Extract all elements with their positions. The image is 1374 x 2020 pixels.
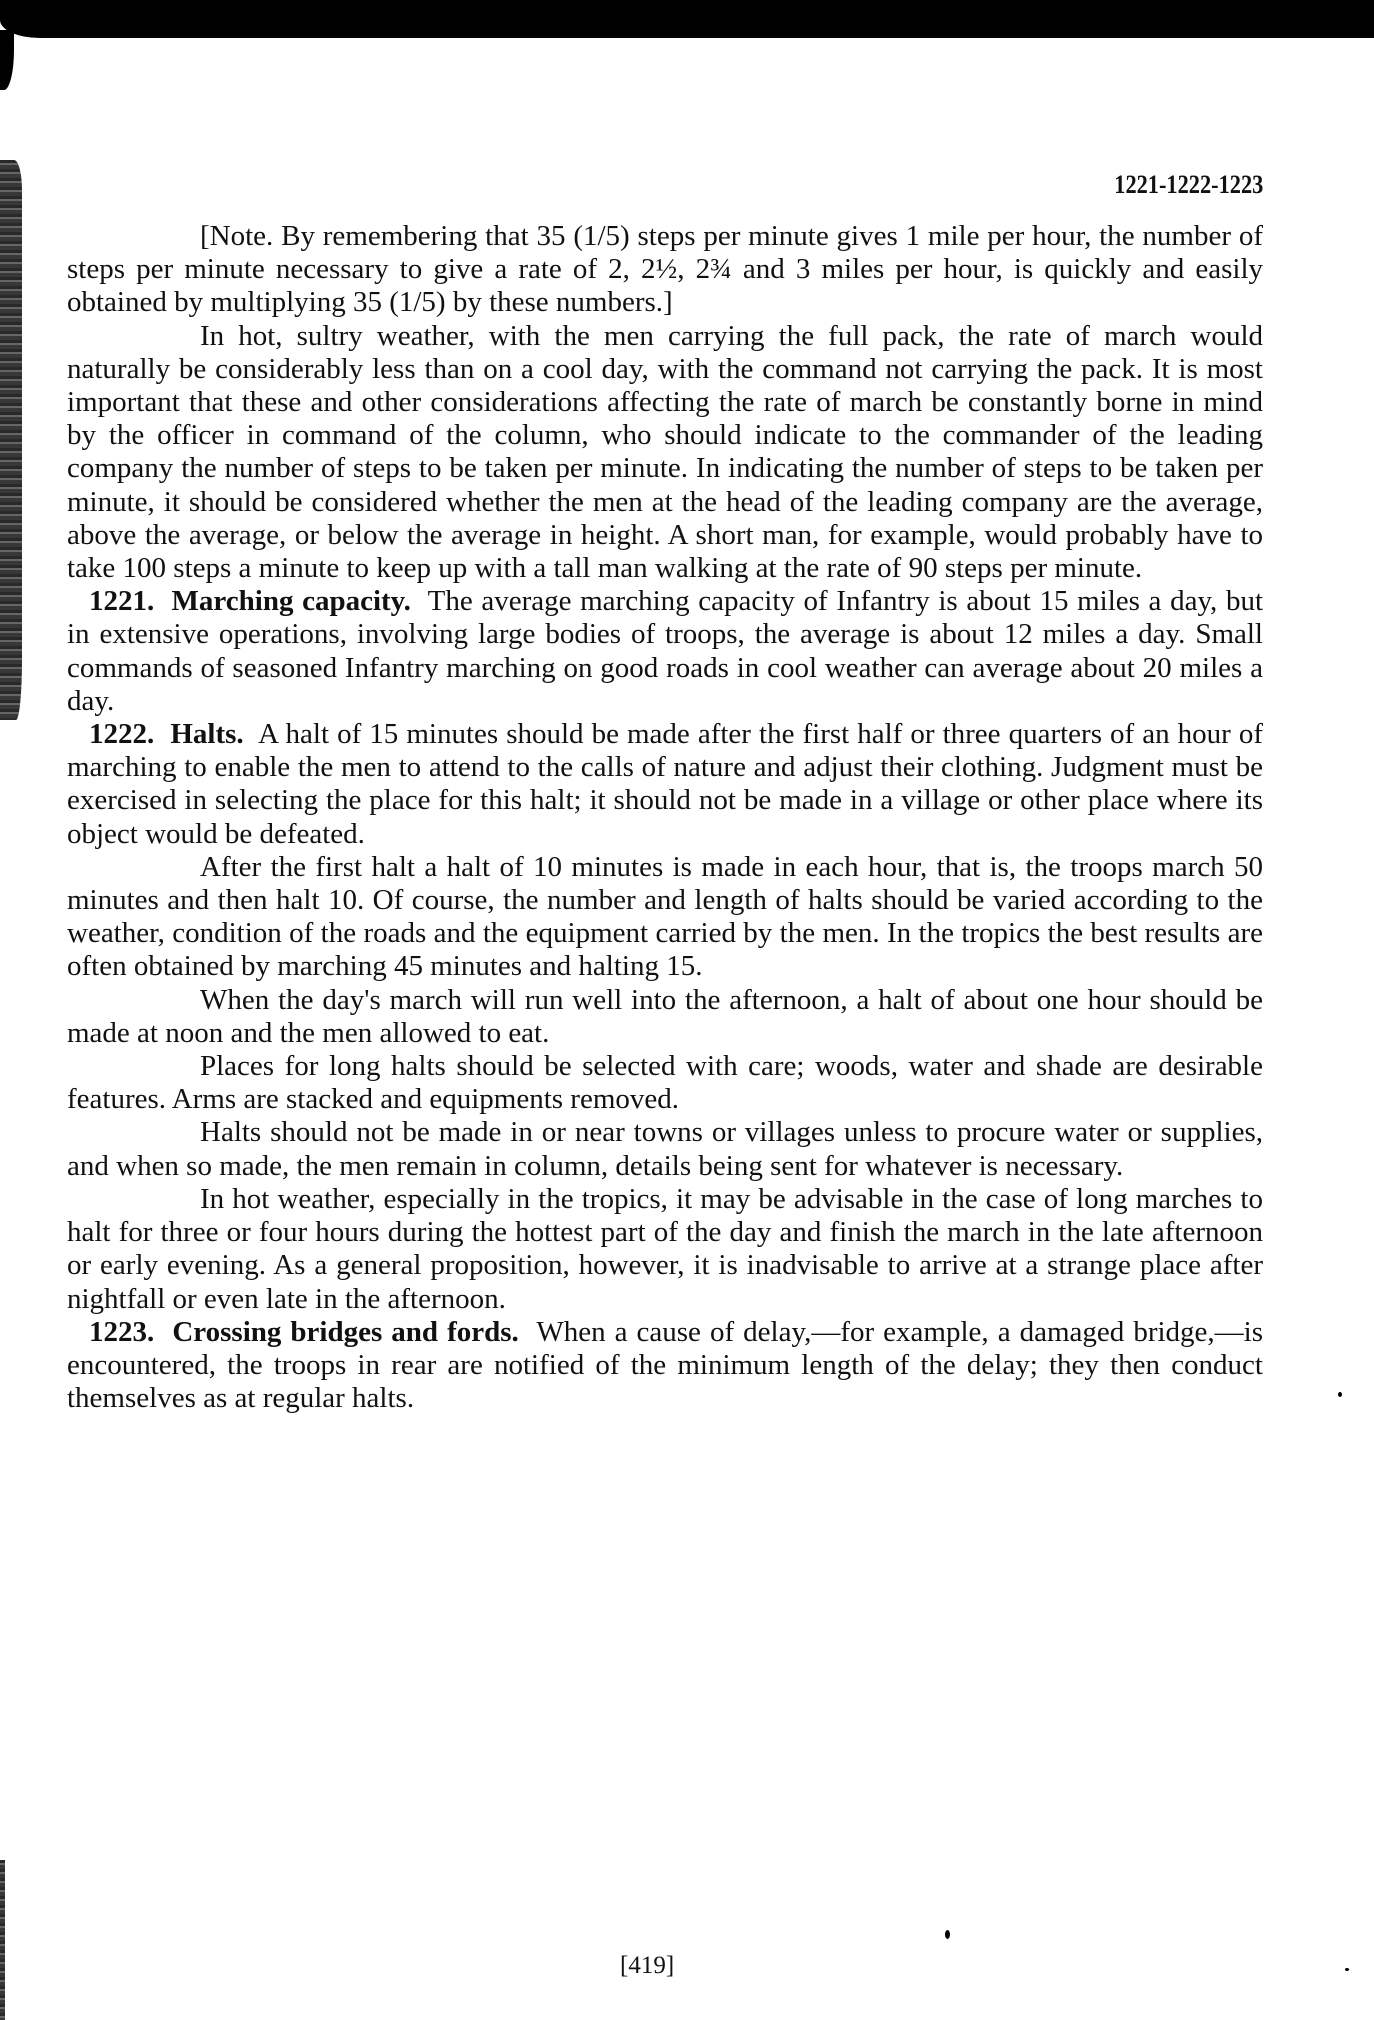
note-paragraph: [Note. By remembering that 35 (1/5) step… <box>67 220 1263 320</box>
scan-top-border <box>0 0 1374 38</box>
section-1223: 1223. Crossing bridges and fords. When a… <box>67 1316 1263 1416</box>
scan-speck <box>1345 1968 1349 1971</box>
section-paragraph: After the first halt a halt of 10 minute… <box>67 851 1263 984</box>
section-paragraph: Places for long halts should be selected… <box>67 1050 1263 1116</box>
running-header-section-range: 1221-1222-1223 <box>1114 170 1263 200</box>
scan-corner-smudge <box>0 30 14 90</box>
section-number: 1222. <box>89 718 154 750</box>
page-body: [Note. By remembering that 35 (1/5) step… <box>67 220 1263 1415</box>
section-paragraph: When the day's march will run well into … <box>67 984 1263 1050</box>
section-text: A halt of 15 minutes should be made afte… <box>67 718 1263 850</box>
scan-speck <box>945 1930 950 1939</box>
section-1222: 1222. Halts. A halt of 15 minutes should… <box>67 718 1263 851</box>
intro-paragraph: In hot, sultry weather, with the men car… <box>67 320 1263 586</box>
scan-speck <box>1338 1392 1342 1397</box>
section-title: Marching capacity. <box>172 585 411 617</box>
section-number: 1223. <box>89 1316 154 1348</box>
section-title: Halts. <box>170 718 243 750</box>
section-number: 1221. <box>89 585 154 617</box>
section-1221: 1221. Marching capacity. The average mar… <box>67 585 1263 718</box>
section-title: Crossing bridges and fords. <box>172 1316 518 1348</box>
page-number: [419] <box>620 1952 674 1980</box>
scan-left-edge-shadow-bottom <box>0 1860 5 2020</box>
section-paragraph: Halts should not be made in or near town… <box>67 1116 1263 1182</box>
scan-left-edge-shadow <box>0 160 22 720</box>
section-paragraph: In hot weather, especially in the tropic… <box>67 1183 1263 1316</box>
